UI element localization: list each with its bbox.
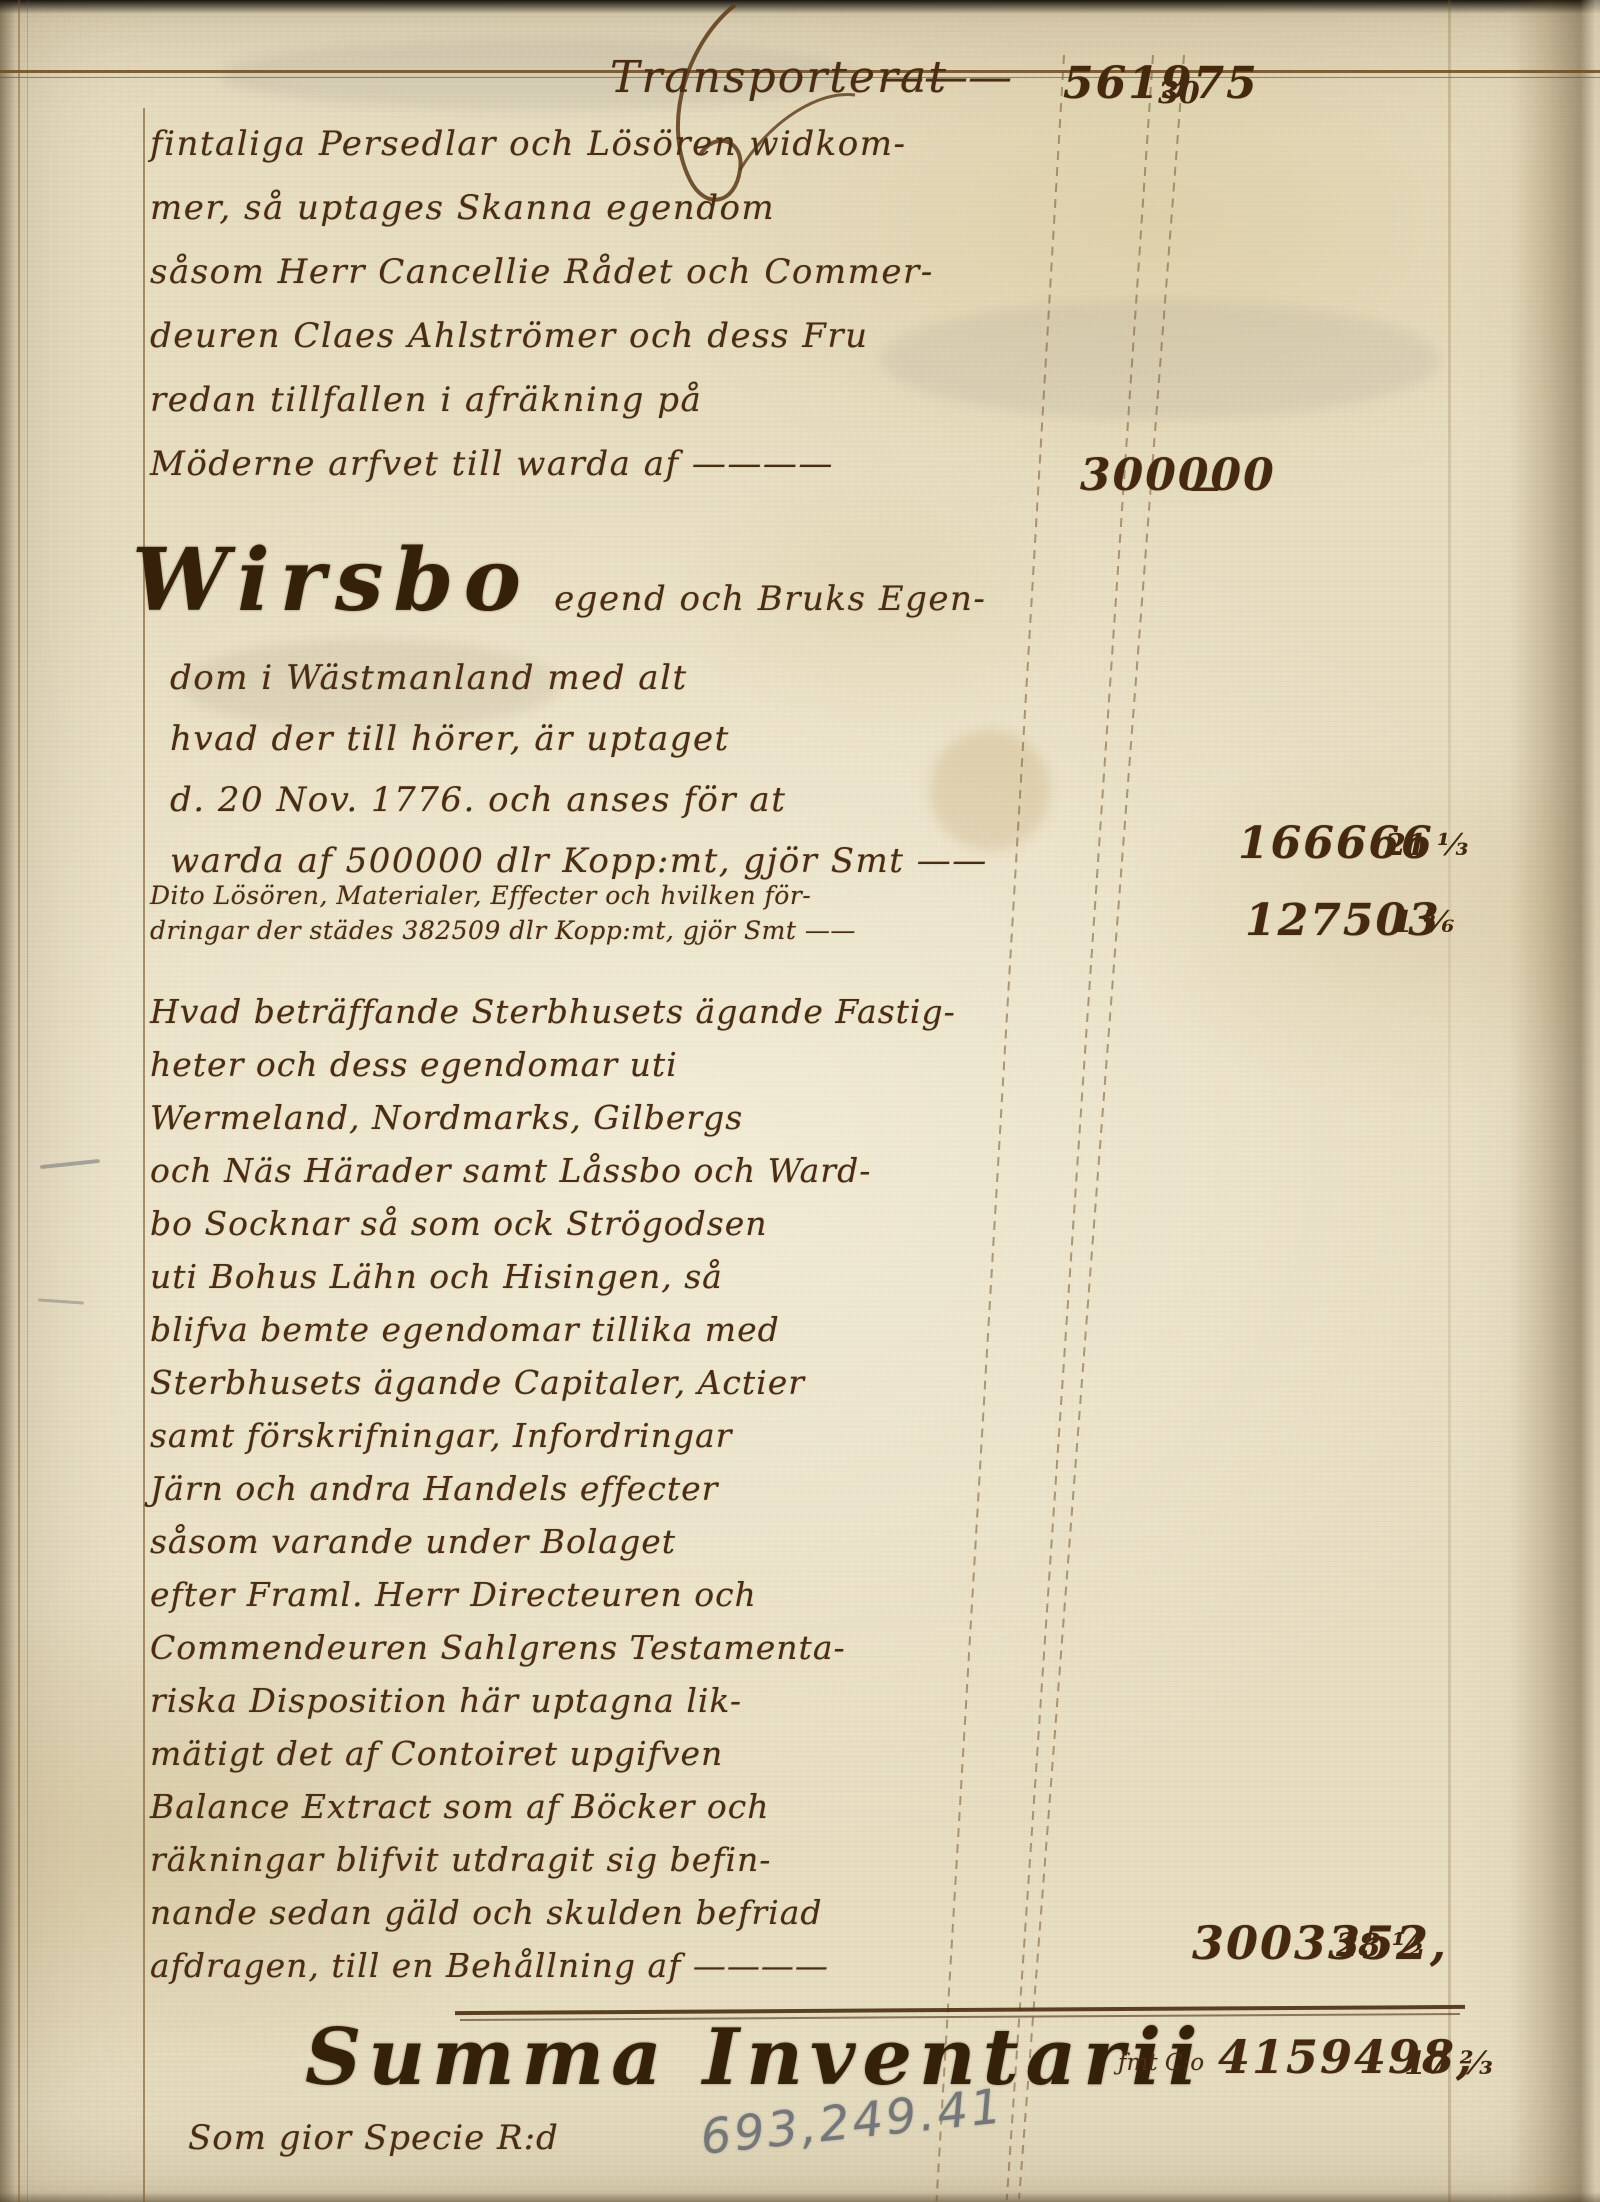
manuscript-line: d. 20 Nov. 1776. och anses för at — [170, 770, 1100, 831]
manuscript-line: Wermeland, Nordmarks, Gilbergs — [150, 1091, 1100, 1144]
page-edge-bottom — [0, 2192, 1600, 2202]
manuscript-line: dringar der städes 382509 dlr Kopp:mt, g… — [150, 913, 1110, 948]
manuscript-line: Hvad beträffande Sterbhusets ägande Fast… — [150, 985, 1100, 1038]
manuscript-line: samt förskrifningar, Infordringar — [150, 1409, 1100, 1462]
manuscript-line: nande sedan gäld och skulden befriad — [150, 1886, 1100, 1939]
moderne-ore: — — [1190, 470, 1220, 505]
manuscript-line: efter Framl. Herr Directeuren och — [150, 1568, 1100, 1621]
manuscript-line: uti Bohus Lähn och Hisingen, så — [150, 1250, 1100, 1303]
transport-ore: 30 — [1158, 76, 1200, 111]
left-margin-line-outer2 — [27, 0, 28, 2202]
transport-dash: ——— — [880, 52, 1012, 103]
pencil-mark — [40, 1159, 100, 1169]
manuscript-line: afdragen, till en Behållning af ———— — [150, 1939, 1100, 1992]
manuscript-line: såsom Herr Cancellie Rådet och Commer- — [150, 240, 1080, 304]
pencil-mark — [38, 1298, 84, 1304]
wirsbo-heading-row: Wirsbo egend och Bruks Egen- — [132, 530, 986, 631]
summa-fraction: 17 ⅔ — [1404, 2044, 1493, 2082]
left-margin-line — [143, 108, 145, 2202]
manuscript-line: blifva bemte egendomar tillika med — [150, 1303, 1100, 1356]
manuscript-line: redan tillfallen i afräkning på — [150, 368, 1080, 432]
manuscript-line: Sterbhusets ägande Capitaler, Actier — [150, 1356, 1100, 1409]
page-edge-left — [0, 0, 16, 2202]
paragraph-sterbhus: Hvad beträffande Sterbhusets ägande Fast… — [150, 985, 1100, 1992]
manuscript-line: såsom varande under Bolaget — [150, 1515, 1100, 1568]
manuscript-line: fintaliga Persedlar och Lösören widkom- — [150, 112, 1080, 176]
summa-unit: ƒmt C:o — [1118, 2050, 1204, 2076]
manuscript-line: Balance Extract som af Böcker och — [150, 1780, 1100, 1833]
page-edge-right — [1510, 0, 1600, 2202]
paragraph-moderne: fintaliga Persedlar och Lösören widkom- … — [150, 112, 1080, 496]
manuscript-page: Transporterat ——— 561975 30 fintaliga Pe… — [0, 0, 1600, 2202]
manuscript-line: Järn och andra Handels effecter — [150, 1462, 1100, 1515]
manuscript-line: hvad der till hörer, är uptaget — [170, 709, 1100, 770]
manuscript-line: bo Socknar så som ock Strögodsen — [150, 1197, 1100, 1250]
wirsbo-heading: Wirsbo — [132, 530, 531, 631]
manuscript-line: deuren Claes Ahlströmer och dess Fru — [150, 304, 1080, 368]
wirsbo-estate-fraction: 21 ⅓ — [1385, 828, 1468, 863]
manuscript-line: Commendeuren Sahlgrens Testamenta- — [150, 1621, 1100, 1674]
left-margin-line-outer — [18, 0, 20, 2202]
paper-crease — [1448, 0, 1451, 2202]
manuscript-line: Möderne arfvet till warda af ———— — [150, 432, 1080, 496]
wirsbo-movables-fraction: 1 ⅚ — [1392, 905, 1454, 940]
manuscript-line: och Näs Härader samt Låssbo och Ward- — [150, 1144, 1100, 1197]
wirsbo-heading-rest: egend och Bruks Egen- — [554, 579, 986, 619]
manuscript-line: Dito Lösören, Materialer, Effecter och h… — [150, 878, 1110, 913]
paragraph-wirsbo: dom i Wästmanland med alt hvad der till … — [170, 648, 1100, 892]
summa-label: Summa Inventarii — [305, 2012, 1205, 2103]
paragraph-wirsbo-dito: Dito Lösören, Materialer, Effecter och h… — [150, 878, 1110, 948]
manuscript-line: heter och dess egendomar uti — [150, 1038, 1100, 1091]
manuscript-line: mätigt det af Contoiret upgifven — [150, 1727, 1100, 1780]
sterbhus-fraction: 28 ½ — [1336, 1926, 1425, 1964]
manuscript-line: dom i Wästmanland med alt — [170, 648, 1100, 709]
manuscript-line: räkningar blifvit utdragit sig befin- — [150, 1833, 1100, 1886]
manuscript-line: mer, så uptages Skanna egendom — [150, 176, 1080, 240]
moderne-amount: 300000 — [1080, 450, 1276, 501]
specie-label: Som gior Specie R:d — [188, 2118, 559, 2158]
manuscript-line: riska Disposition här uptagna lik- — [150, 1674, 1100, 1727]
